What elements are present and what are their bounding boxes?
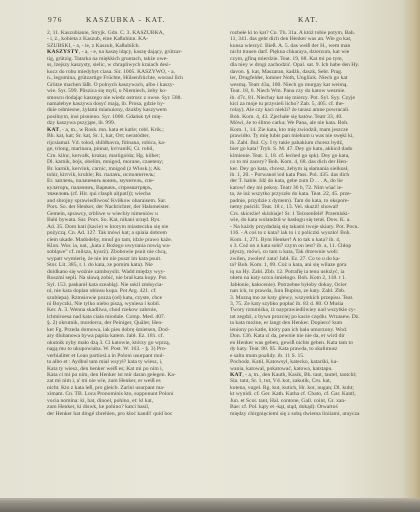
dictionary-page: 976 KASZUBKA - KAT. KAT. 2, 11. Kaszubia… xyxy=(0,0,420,500)
page-number: 976 xyxy=(48,15,63,24)
right-text-column: rozbełe ki to kat? Cn. Th. 31a. A któż t… xyxy=(230,30,400,417)
left-running-head: KASZUBKA - KAT. xyxy=(86,15,166,24)
headword: KAT xyxy=(47,127,59,133)
page-bottom-edge xyxy=(0,498,420,512)
headword: KAT xyxy=(230,372,242,378)
text-line: der Henker hat dingé zbrehlen, pro kłoć … xyxy=(47,411,217,417)
page-fore-edge xyxy=(404,0,420,500)
text-line: między chirgnięciemi się z sobą dwiema l… xyxy=(230,411,400,417)
left-text-column: 2, 11. Kaszubianie, Stryjk. Gdn. C. 3. K… xyxy=(47,30,217,417)
right-running-head: KAT. xyxy=(298,15,318,24)
headword: KASZYSTY xyxy=(47,49,79,55)
running-header: 976 KASZUBKA - KAT. KAT. xyxy=(48,15,408,27)
